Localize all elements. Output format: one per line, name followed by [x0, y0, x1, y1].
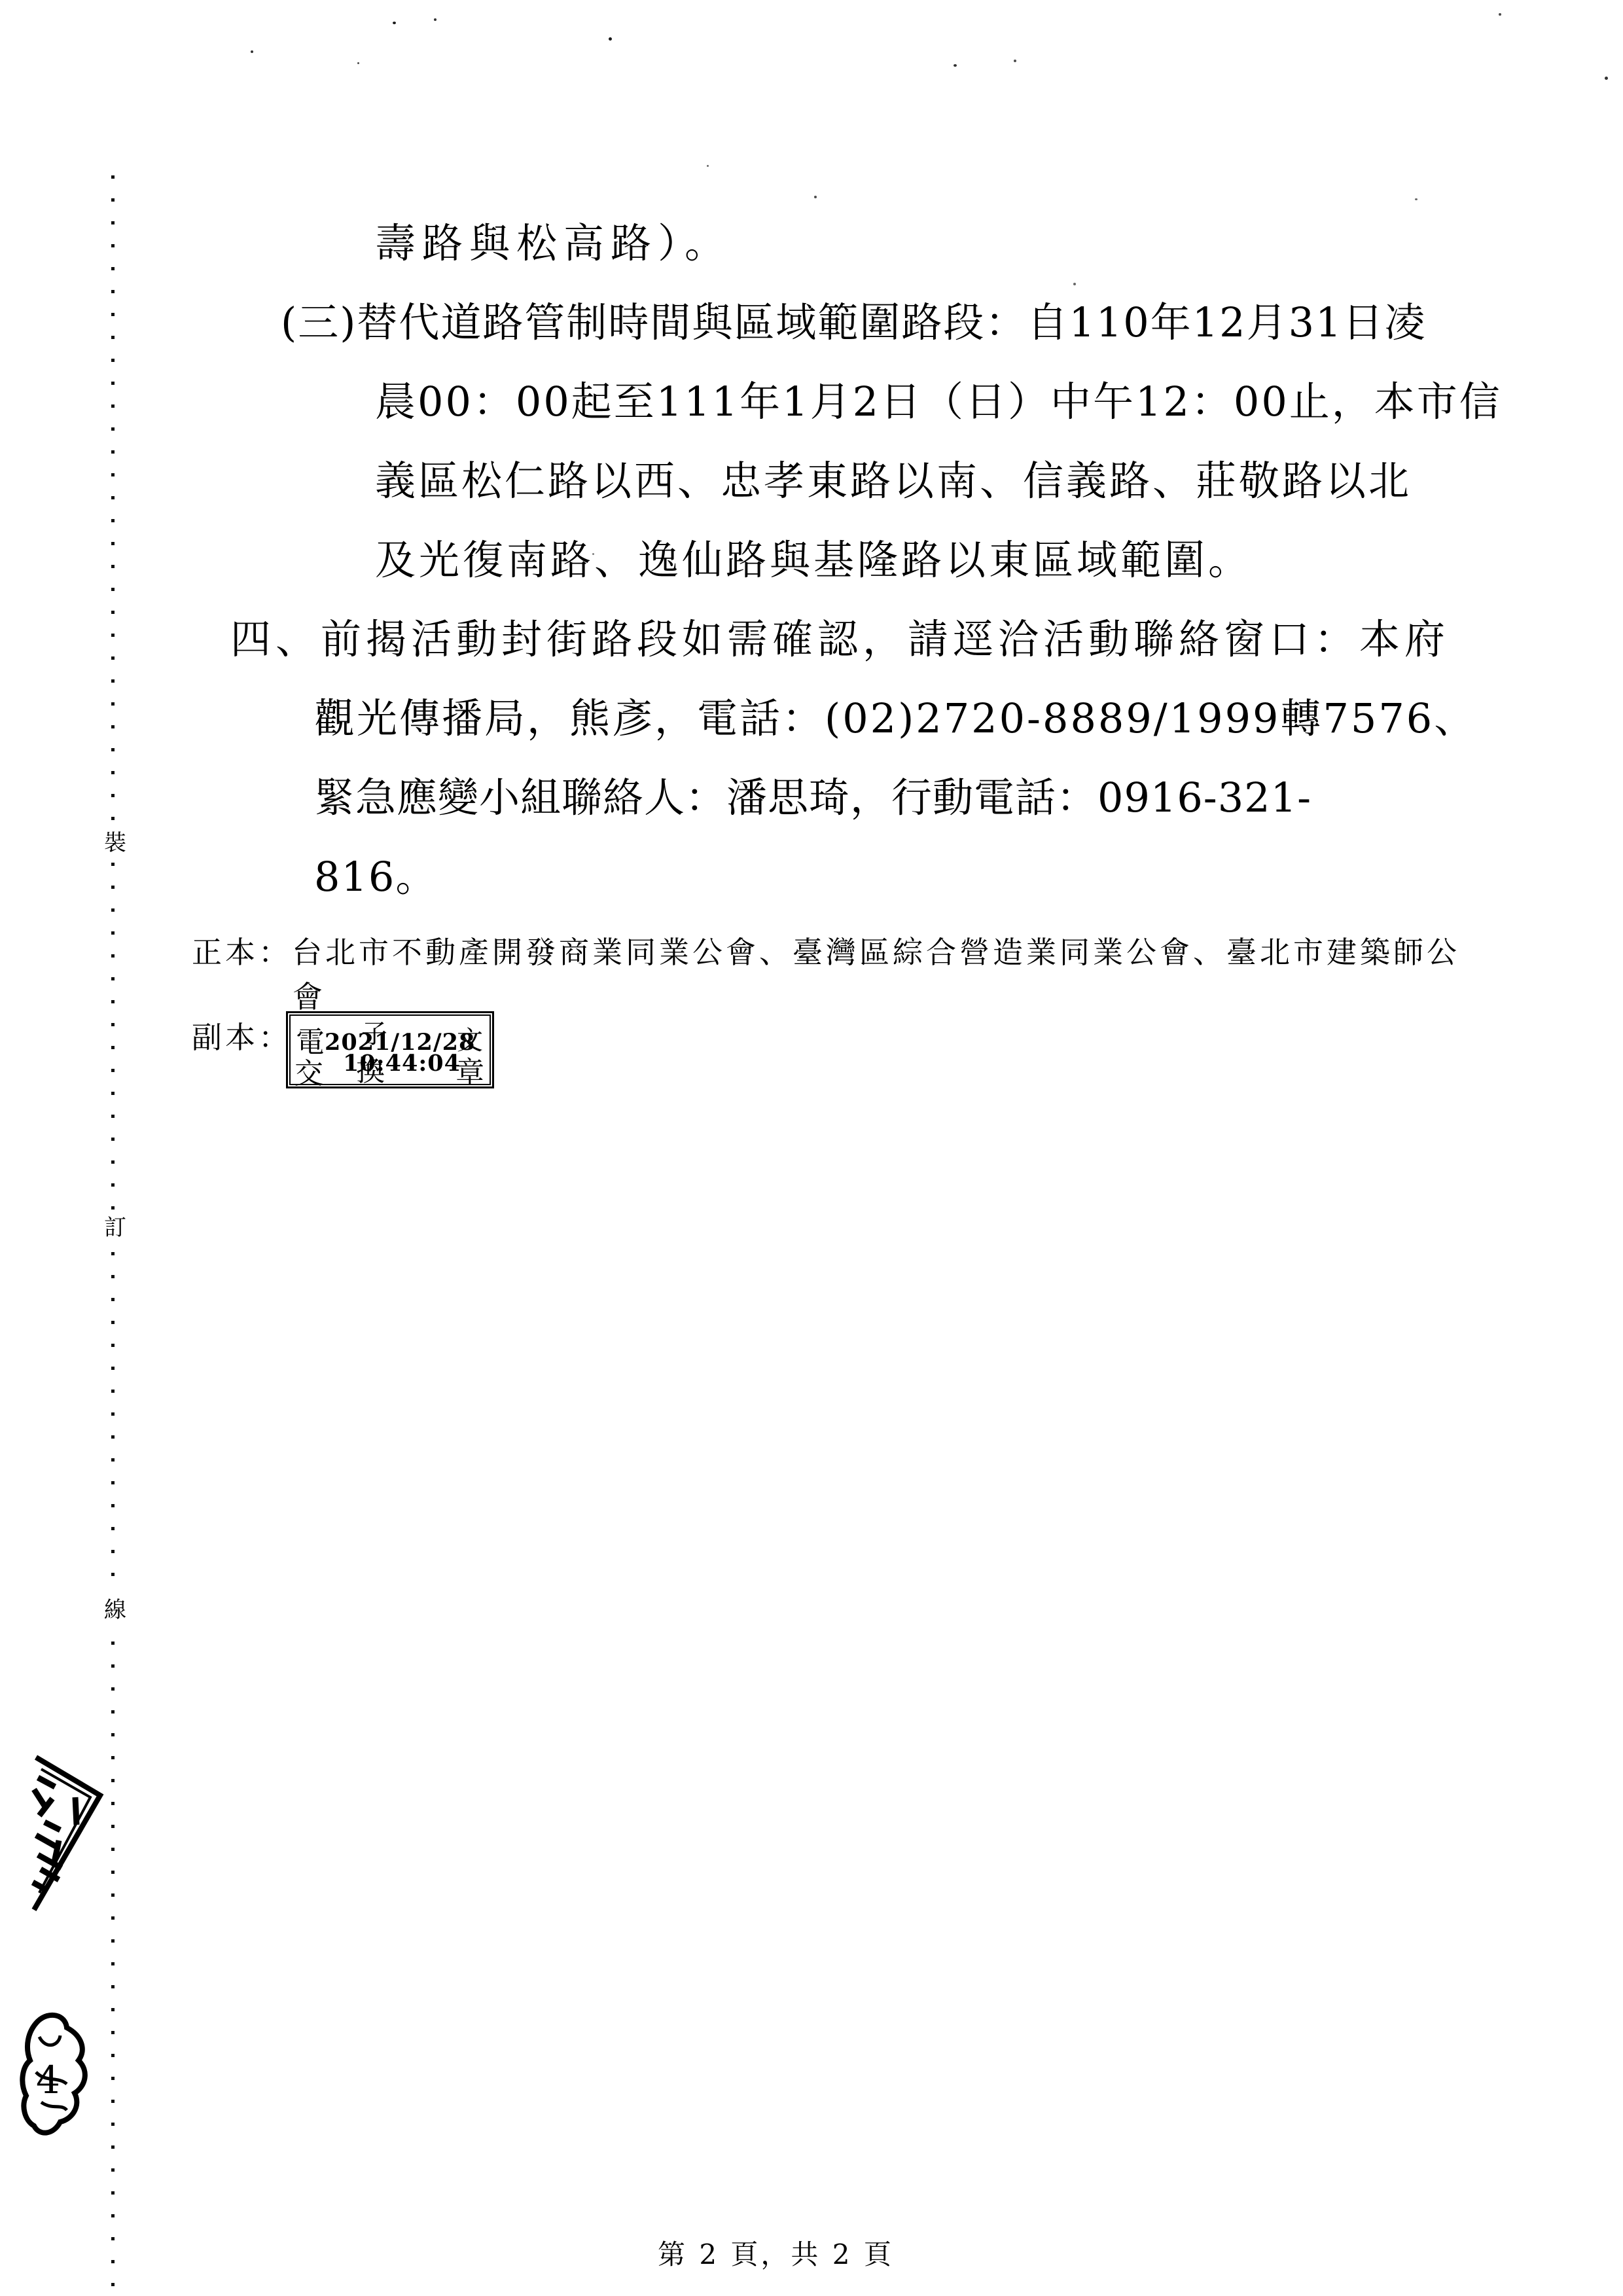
original-recipients-overflow: 會 — [293, 980, 326, 1013]
scan-speck — [1605, 77, 1608, 80]
scan-speck — [357, 62, 359, 64]
scan-speck — [1014, 60, 1016, 62]
original-recipients-text: 台北市不動產開發商業同業公會、臺灣區綜合營造業同業公會、臺北市建築師公 — [292, 935, 1460, 970]
scan-speck — [1499, 13, 1501, 16]
scan-speck — [609, 37, 612, 41]
stamp-time: 10:44:04 — [343, 1050, 461, 1077]
binding-char-xian: 線 — [102, 1593, 128, 1627]
body-line-6: 四、前揭活動封街路段如需確認，請逕洽活動聯絡窗口：本府 — [230, 619, 1450, 660]
body-line-4: 義區松仁路以西、忠孝東路以南、信義路、莊敬路以北 — [375, 460, 1412, 502]
scan-speck — [434, 18, 437, 21]
stamp-char-jiao: 交 — [294, 1050, 323, 1092]
body-line-8: 緊急應變小組聯絡人：潘思琦，行動電話：0916-321- — [314, 777, 1311, 819]
scan-speck — [592, 553, 594, 555]
scan-speck — [1415, 198, 1418, 200]
partial-edge-stamp-artifact — [0, 1702, 118, 1924]
scanned-document-page: 裝 訂 線 壽路與松高路）。 (三)替代道路管制時間與區域範圍路段：自110年1… — [0, 0, 1623, 2296]
body-line-3: 晨00：00起至111年1月2日（日）中午12：00止，本市信 — [375, 381, 1502, 423]
scan-speck — [1073, 283, 1076, 285]
page-number-footer: 第 2 頁，共 2 頁 — [658, 2233, 894, 2272]
original-label: 正本： — [192, 935, 292, 970]
body-line-5: 及光復南路、逸仙路與基隆路以東區域範圍。 — [375, 539, 1252, 581]
binding-char-zhuang: 裝 — [102, 826, 128, 860]
body-line-7: 觀光傳播局，熊彥，電話：(02)2720-8889/1999轉7576、 — [314, 698, 1476, 740]
binding-char-ding: 訂 — [102, 1211, 128, 1245]
scan-speck — [814, 196, 817, 198]
ink-blob-artifact: 4 — [20, 2009, 92, 2160]
copy-label: 副本： — [192, 1021, 292, 1054]
scan-speck — [393, 22, 396, 24]
blob-digit: 4 — [36, 2058, 60, 2102]
scan-speck — [954, 64, 957, 67]
body-line-2: (三)替代道路管制時間與區域範圍路段：自110年12月31日凌 — [281, 302, 1427, 344]
body-line-9: 816。 — [314, 856, 437, 898]
scan-speck — [707, 165, 709, 167]
body-line-1: 壽路與松高路）。 — [375, 223, 732, 264]
scan-speck — [251, 50, 253, 53]
stamp-inner-border: 子 換 電 文 交 章 2021/12/28 10:44:04 — [289, 1014, 491, 1085]
original-recipients-line: 正本：台北市不動產開發商業同業公會、臺灣區綜合營造業同業公會、臺北市建築師公 — [192, 936, 1460, 969]
electronic-exchange-stamp: 子 換 電 文 交 章 2021/12/28 10:44:04 — [286, 1011, 494, 1088]
